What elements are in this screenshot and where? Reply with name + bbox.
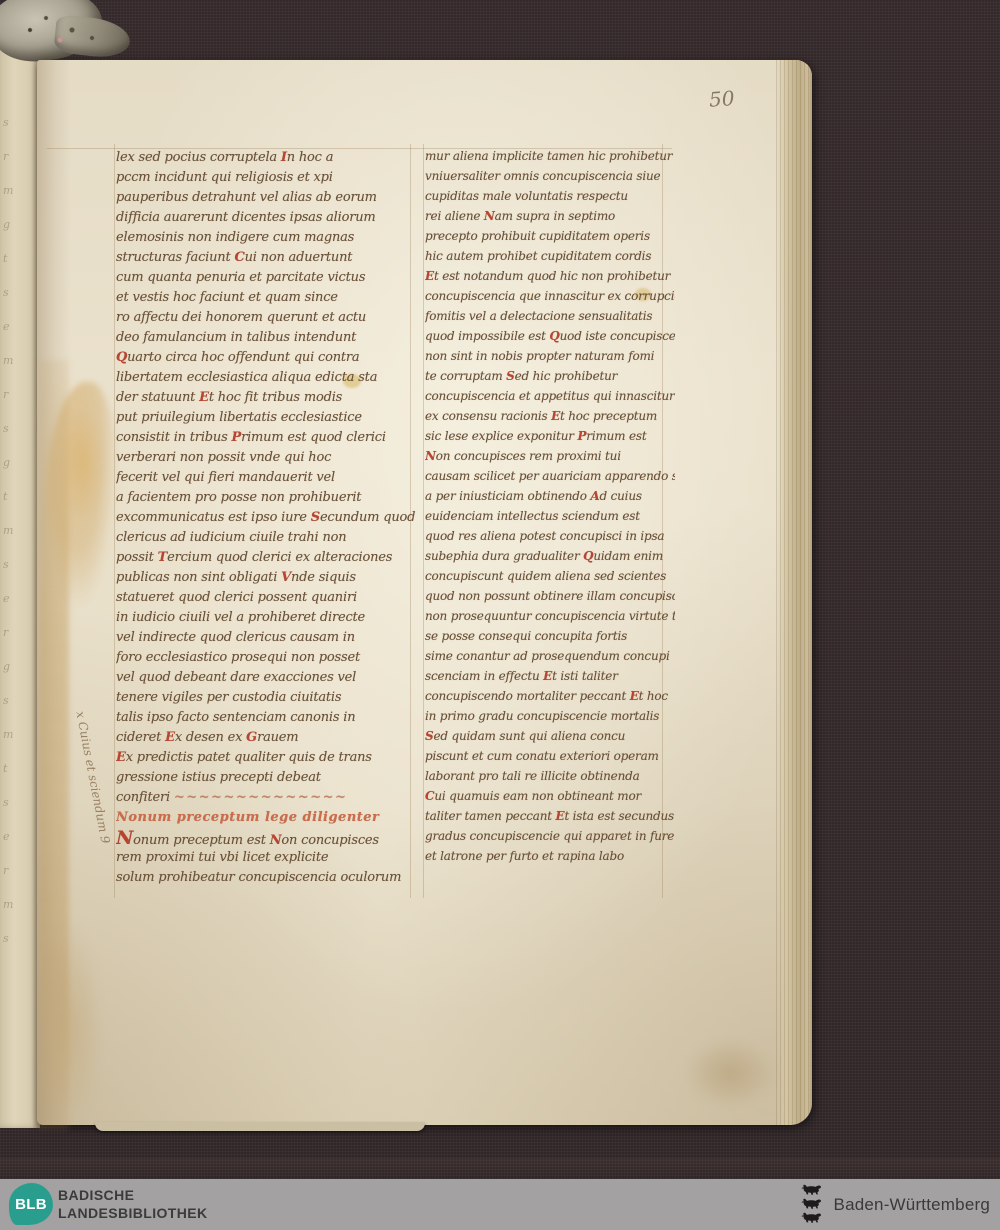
manuscript-line: consistit in tribus Primum est quod cler… bbox=[116, 428, 416, 448]
blb-logo: BLB bbox=[9, 1183, 53, 1225]
parchment-fragment bbox=[0, 0, 128, 68]
manuscript-line: ro affectu dei honorem querunt et actu bbox=[116, 308, 416, 328]
manuscript-line: taliter tamen peccant Et ista est secund… bbox=[425, 806, 675, 826]
manuscript-line: possit Tercium quod clerici ex alteracio… bbox=[116, 548, 416, 568]
manuscript-line: sime conantur ad prosequendum concupi bbox=[425, 646, 675, 666]
manuscript-line: elemosinis non indigere cum magnas bbox=[116, 228, 416, 248]
manuscript-line: statueret quod clerici possent quaniri bbox=[116, 588, 416, 608]
lion-icon bbox=[799, 1212, 824, 1225]
underlying-page-sliver bbox=[95, 1122, 425, 1131]
ghost-bleedthrough-text: s r m g t s e m r s g t m s e r g s m t … bbox=[3, 106, 33, 956]
manuscript-line: rei aliene Nam supra in septimo bbox=[425, 206, 675, 226]
stain bbox=[685, 1038, 775, 1108]
manuscript-line: fecerit vel qui fieri mandauerit vel bbox=[116, 468, 416, 488]
manuscript-line: foro ecclesiastico prosequi non posset bbox=[116, 648, 416, 668]
manuscript-line: Nonum preceptum est Non concupisces bbox=[116, 828, 416, 848]
state-branding: Baden-Württemberg bbox=[799, 1179, 990, 1230]
manuscript-line: confiteri ~~~~~~~~~~~~~~ bbox=[116, 788, 416, 808]
manuscript-line: quod impossibile est Quod iste concupisc… bbox=[425, 326, 675, 346]
manuscript-line: pauperibus detrahunt vel alias ab eorum bbox=[116, 188, 416, 208]
manuscript-line: lex sed pocius corruptela In hoc a bbox=[116, 148, 416, 168]
manuscript-line: vel quod debeant dare exacciones vel bbox=[116, 668, 416, 688]
manuscript-line: difficia auarerunt dicentes ipsas alioru… bbox=[116, 208, 416, 228]
manuscript-line: hic autem prohibet cupiditatem cordis bbox=[425, 246, 675, 266]
manuscript-line: vniuersaliter omnis concupiscencia siue bbox=[425, 166, 675, 186]
manuscript-line: fomitis vel a delectacione sensualitatis bbox=[425, 306, 675, 326]
manuscript-line: concupiscencia que innascitur ex corrupc… bbox=[425, 286, 675, 306]
manuscript-line: laborant pro tali re illicite obtinenda bbox=[425, 766, 675, 786]
manuscript-line: put priuilegium libertatis ecclesiastice bbox=[116, 408, 416, 428]
manuscript-line: vel indirecte quod clericus causam in bbox=[116, 628, 416, 648]
manuscript-line: concupiscendo mortaliter peccant Et hoc bbox=[425, 686, 675, 706]
manuscript-line: te corruptam Sed hic prohibetur bbox=[425, 366, 675, 386]
text-column-right: mur aliena implicite tamen hic prohibetu… bbox=[425, 146, 675, 866]
manuscript-line: non prosequuntur concupiscencia virtute … bbox=[425, 606, 675, 626]
manuscript-line: publicas non sint obligati Vnde siquis bbox=[116, 568, 416, 588]
manuscript-line: cideret Ex desen ex Grauem bbox=[116, 728, 416, 748]
manuscript-line: se posse consequi concupita fortis bbox=[425, 626, 675, 646]
manuscript-line: non sint in nobis propter naturam fomi bbox=[425, 346, 675, 366]
manuscript-line: Cui quamuis eam non obtineant mor bbox=[425, 786, 675, 806]
manuscript-line: Ex predictis patet qualiter quis de tran… bbox=[116, 748, 416, 768]
previous-page-edge: s r m g t s e m r s g t m s e r g s m t … bbox=[0, 46, 40, 1128]
manuscript-line: in iudicio ciuili vel a prohiberet direc… bbox=[116, 608, 416, 628]
manuscript-line: ex consensu racionis Et hoc preceptum bbox=[425, 406, 675, 426]
parchment-speckles bbox=[0, 0, 128, 68]
manuscript-line: et vestis hoc faciunt et quam since bbox=[116, 288, 416, 308]
manuscript-line: precepto prohibuit cupiditatem operis bbox=[425, 226, 675, 246]
manuscript-line: concupiscunt quidem aliena sed scientes bbox=[425, 566, 675, 586]
manuscript-line: deo famulancium in talibus intendunt bbox=[116, 328, 416, 348]
manuscript-line: gressione istius precepti debeat bbox=[116, 768, 416, 788]
library-footer-bar: BLB BADISCHE LANDESBIBLIOTHEK Baden-Würt… bbox=[0, 1179, 1000, 1230]
manuscript-line: Nonum preceptum lege diligenter bbox=[116, 808, 416, 828]
manuscript-line: Quarto circa hoc offendunt qui contra bbox=[116, 348, 416, 368]
manuscript-line: causam scilicet per auariciam apparendo … bbox=[425, 466, 675, 486]
manuscript-line: solum prohibeatur concupiscencia oculoru… bbox=[116, 868, 416, 888]
manuscript-line: mur aliena implicite tamen hic prohibetu… bbox=[425, 146, 675, 166]
ruling-line bbox=[423, 144, 424, 898]
manuscript-line: Et est notandum quod hic non prohibetur bbox=[425, 266, 675, 286]
manuscript-line: concupiscencia et appetitus qui innascit… bbox=[425, 386, 675, 406]
lion-icon bbox=[799, 1184, 824, 1197]
manuscript-line: libertatem ecclesiastica aliqua edicta s… bbox=[116, 368, 416, 388]
manuscript-line: clericus ad iudicium ciuile trahi non bbox=[116, 528, 416, 548]
library-name-line1: BADISCHE bbox=[58, 1186, 208, 1204]
manuscript-line: et latrone per furto et rapina labo bbox=[425, 846, 675, 866]
manuscript-line: tenere vigiles per custodia ciuitatis bbox=[116, 688, 416, 708]
manuscript-line: Sed quidam sunt qui aliena concu bbox=[425, 726, 675, 746]
gutter-shadow bbox=[37, 60, 71, 1125]
manuscript-line: talis ipso facto sentenciam canonis in bbox=[116, 708, 416, 728]
manuscript-line: pccm incidunt qui religiosis et xpi bbox=[116, 168, 416, 188]
manuscript-line: subephia dura gradualiter Quidam enim bbox=[425, 546, 675, 566]
manuscript-line: Non concupisces rem proximi tui bbox=[425, 446, 675, 466]
manuscript-line: cum quanta penuria et parcitate victus bbox=[116, 268, 416, 288]
manuscript-line: scenciam in effectu Et isti taliter bbox=[425, 666, 675, 686]
manuscript-line: der statuunt Et hoc fit tribus modis bbox=[116, 388, 416, 408]
baden-wuerttemberg-coat-of-arms-icon bbox=[799, 1184, 824, 1225]
manuscript-line: excommunicatus est ipso iure Secundum qu… bbox=[116, 508, 416, 528]
manuscript-line: in primo gradu concupiscencie mortalis bbox=[425, 706, 675, 726]
manuscript-page: 50 lex sed pocius corruptela In hoc apcc… bbox=[37, 60, 812, 1125]
ruling-line bbox=[114, 144, 115, 898]
text-column-left: lex sed pocius corruptela In hoc apccm i… bbox=[116, 148, 416, 888]
manuscript-line: a facientem pro posse non prohibuerit bbox=[116, 488, 416, 508]
manuscript-line: quod res aliena potest concupisci in ips… bbox=[425, 526, 675, 546]
manuscript-line: piscunt et cum conatu exteriori operam bbox=[425, 746, 675, 766]
library-name-line2: LANDESBIBLIOTHEK bbox=[58, 1204, 208, 1222]
manuscript-line: a per iniusticiam obtinendo Ad cuius bbox=[425, 486, 675, 506]
manuscript-line: verberari non possit vnde qui hoc bbox=[116, 448, 416, 468]
blb-logo-text: BLB bbox=[15, 1196, 47, 1213]
manuscript-line: rem proximi tui vbi licet explicite bbox=[116, 848, 416, 868]
manuscript-line: euidenciam intellectus sciendum est bbox=[425, 506, 675, 526]
manuscript-line: structuras faciunt Cui non aduertunt bbox=[116, 248, 416, 268]
manuscript-line: sic lese explice exponitur Primum est bbox=[425, 426, 675, 446]
photograph-background: s r m g t s e m r s g t m s e r g s m t … bbox=[0, 0, 1000, 1230]
manuscript-line: gradus concupiscencie qui apparet in fur… bbox=[425, 826, 675, 846]
manuscript-line: cupiditas male voluntatis respectu bbox=[425, 186, 675, 206]
state-name: Baden-Württemberg bbox=[834, 1195, 990, 1215]
folio-number: 50 bbox=[708, 84, 760, 111]
library-name: BADISCHE LANDESBIBLIOTHEK bbox=[58, 1186, 208, 1222]
manuscript-line: quod non possunt obtinere illam concupis… bbox=[425, 586, 675, 606]
book-fore-edge bbox=[776, 60, 812, 1125]
lion-icon bbox=[799, 1198, 824, 1211]
